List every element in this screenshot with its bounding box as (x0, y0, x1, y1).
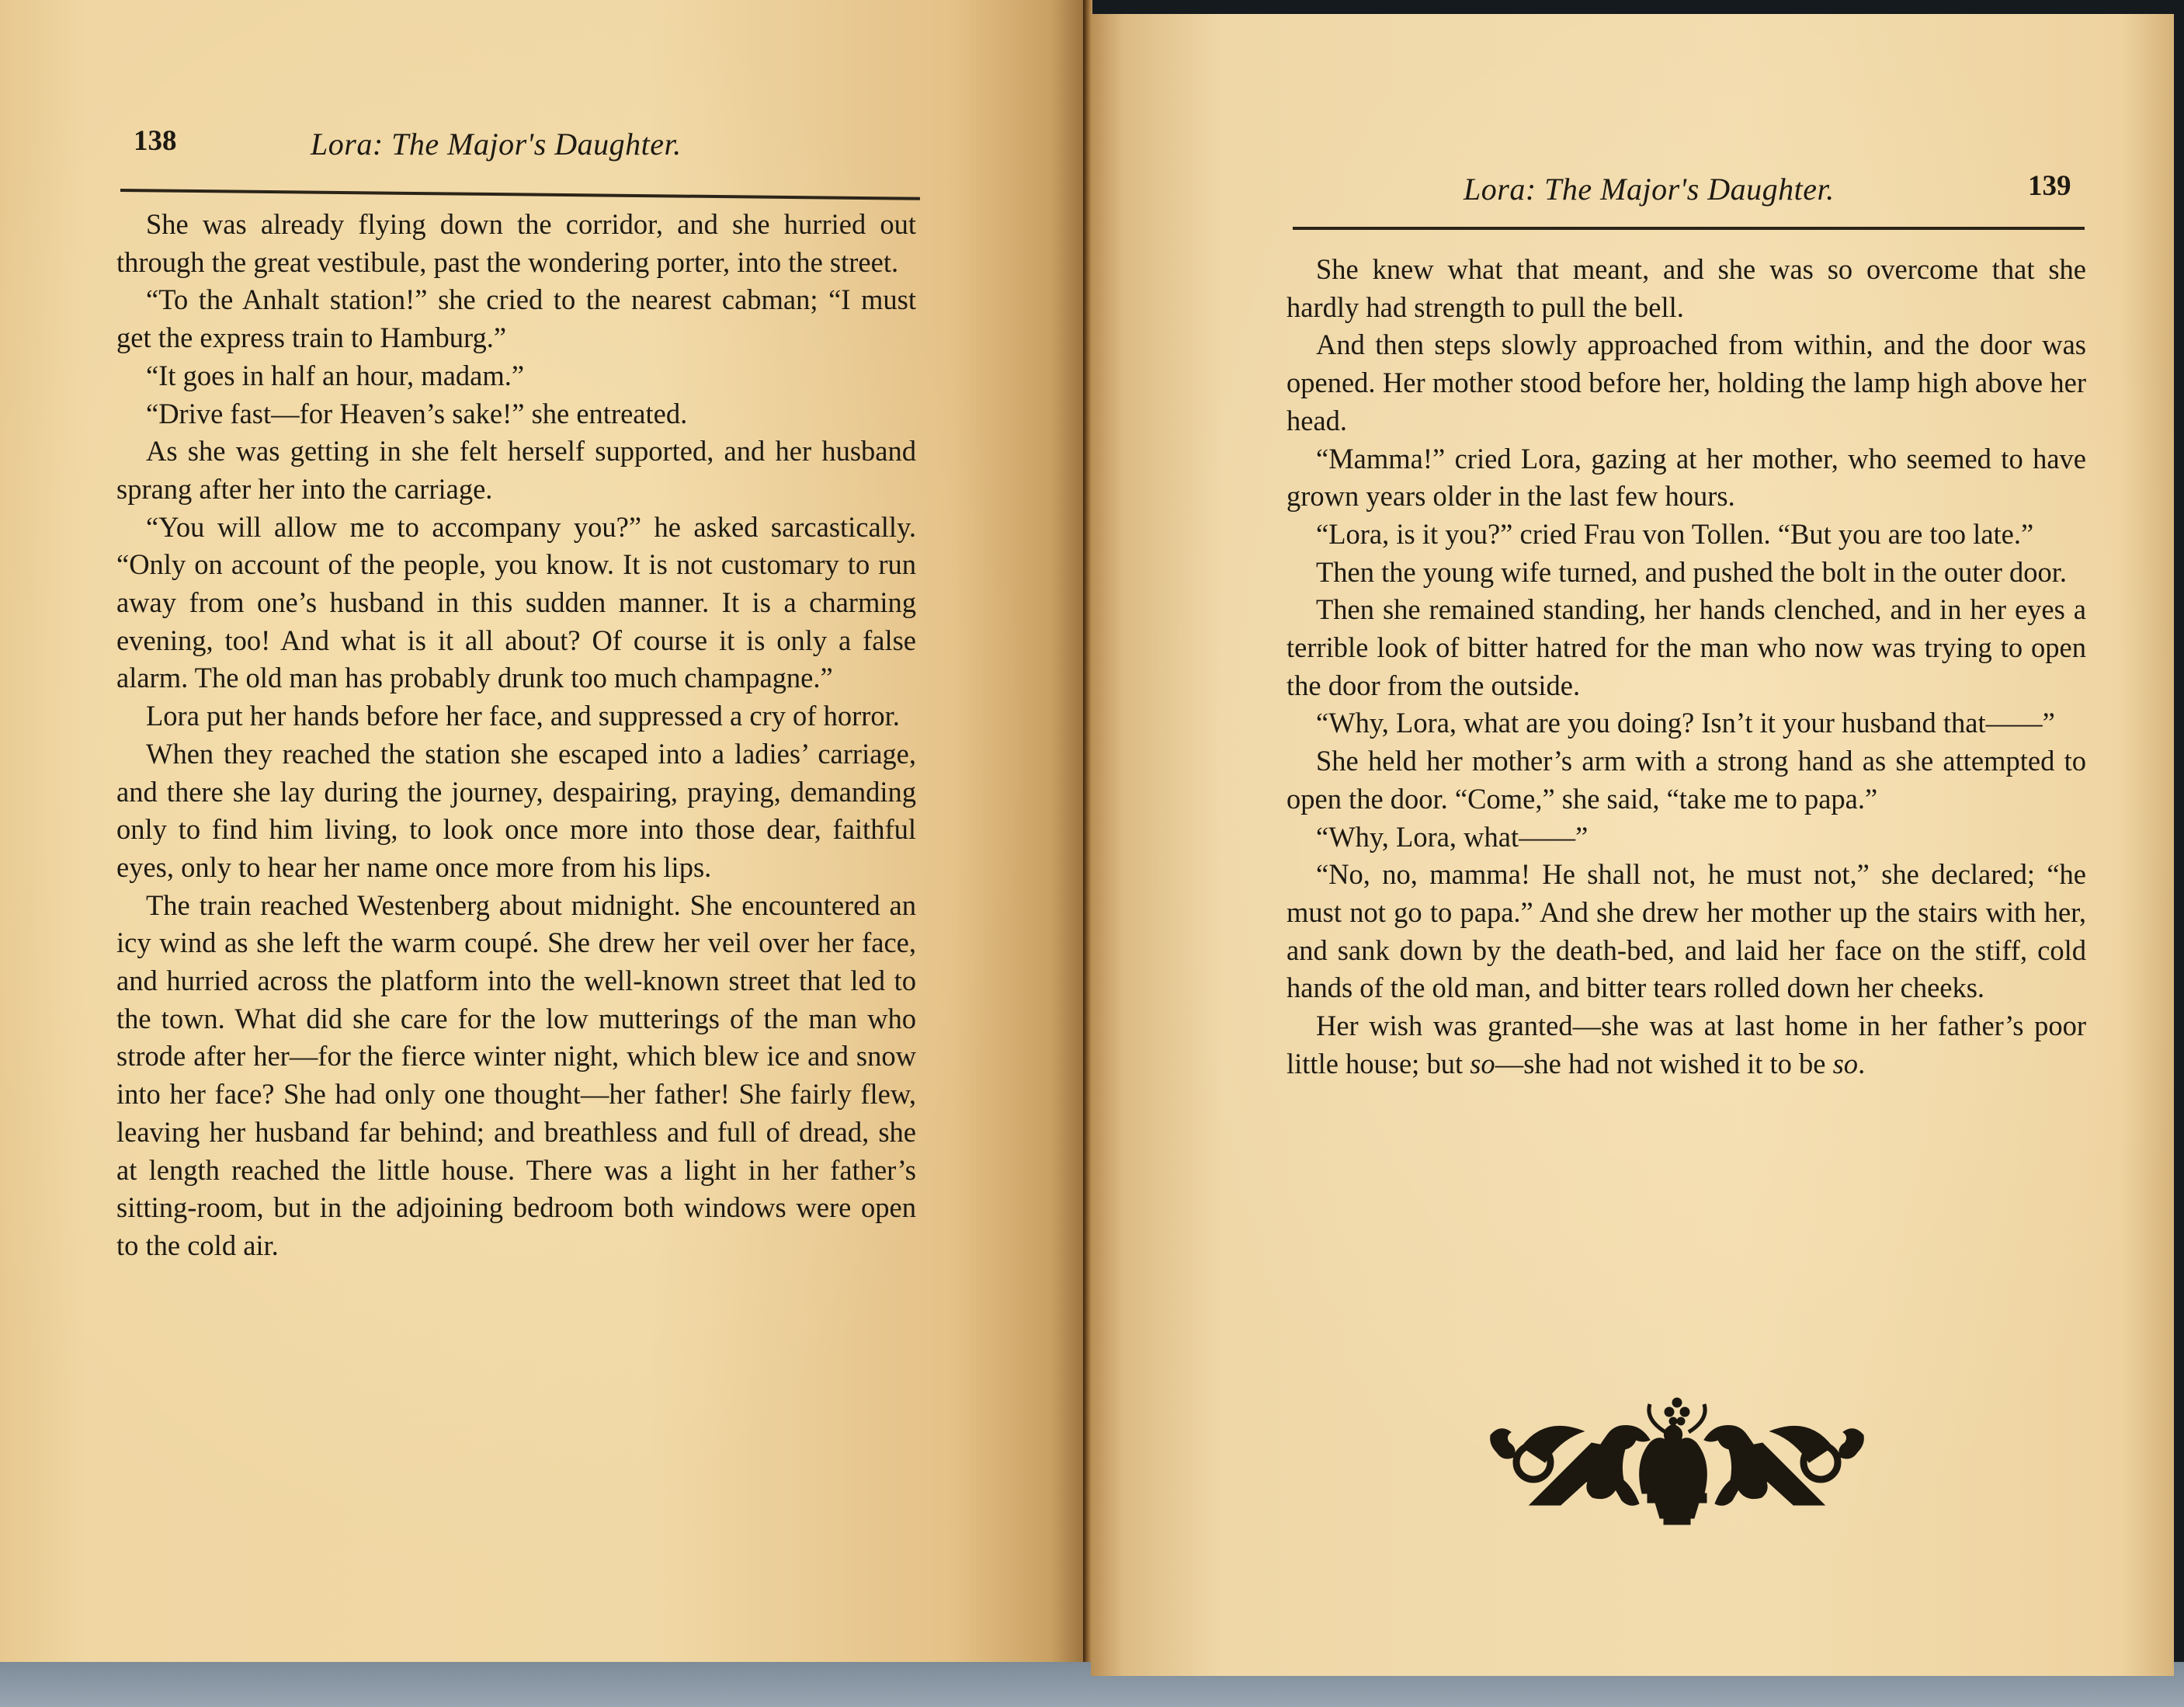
running-title: Lora: The Major's Daughter. (1464, 171, 1835, 207)
paragraph: “Why, Lora, what are you doing? Isn’t it… (1286, 704, 2086, 742)
tailpiece-ornament-icon (1475, 1389, 1879, 1528)
running-title: Lora: The Major's Daughter. (311, 126, 682, 162)
left-page-body: She was already flying down the corridor… (116, 206, 916, 1265)
paragraph: She was already flying down the corridor… (116, 206, 916, 281)
paragraph: “It goes in half an hour, madam.” (116, 357, 916, 395)
paragraph: She held her mother’s arm with a strong … (1286, 742, 2086, 818)
paragraph: “Lora, is it you?” cried Frau von Tollen… (1286, 516, 2086, 554)
paragraph: And then steps slowly approached from wi… (1286, 326, 2086, 440)
paragraph: As she was getting in she felt herself s… (116, 433, 916, 508)
paragraph: Lora put her hands before her face, and … (116, 697, 916, 735)
italic-emphasis: so (1470, 1048, 1495, 1079)
paragraph: “Mamma!” cried Lora, gazing at her mothe… (1286, 440, 2086, 516)
paragraph: She knew what that meant, and she was so… (1286, 251, 2086, 326)
paragraph: Then the young wife turned, and pushed t… (1286, 554, 2086, 592)
paragraph: “You will allow me to accompany you?” he… (116, 509, 916, 698)
paragraph: Then she remained standing, her hands cl… (1286, 591, 2086, 704)
left-page: 138 Lora: The Major's Daughter. She was … (0, 0, 1085, 1662)
header-rule (120, 189, 920, 200)
paragraph: “Drive fast—for Heaven’s sake!” she entr… (116, 395, 916, 433)
left-page-header: 138 Lora: The Major's Daughter. (0, 124, 1083, 179)
page-number: 139 (2028, 169, 2071, 203)
paragraph: “Why, Lora, what——” (1286, 819, 2086, 857)
paragraph: “No, no, mamma! He shall not, he must no… (1286, 856, 2086, 1007)
paragraph: “To the Anhalt station!” she cried to th… (116, 281, 916, 356)
paragraph: When they reached the station she escape… (116, 735, 916, 887)
paragraph: The train reached Westenberg about midni… (116, 887, 916, 1265)
right-page-header: Lora: The Major's Daughter. 139 (1091, 169, 2174, 224)
final-paragraph: Her wish was granted—she was at last hom… (1286, 1007, 2086, 1083)
italic-emphasis: so (1833, 1048, 1858, 1079)
right-page: Lora: The Major's Daughter. 139 She knew… (1091, 14, 2174, 1676)
right-page-body: She knew what that meant, and she was so… (1286, 251, 2086, 1083)
page-number: 138 (134, 124, 177, 158)
header-rule (1293, 227, 2085, 230)
